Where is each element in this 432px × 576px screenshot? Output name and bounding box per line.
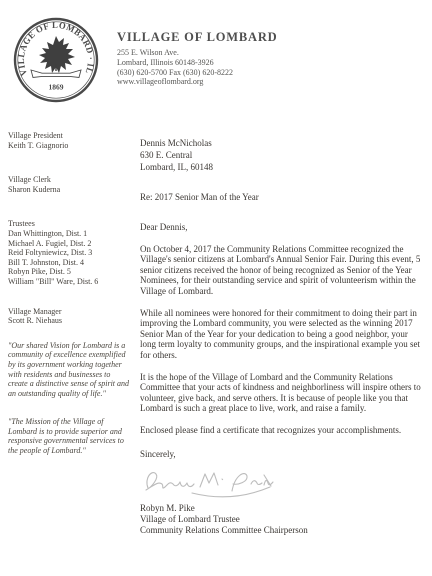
signer-title-1: Village of Lombard Trustee xyxy=(140,514,424,525)
trustee-item: Reid Foltyniewicz, Dist. 3 xyxy=(8,248,132,258)
scanned-letter-page: VILLAGE OF LOMBARD · IL 1869 VILLAGE OF … xyxy=(0,0,432,576)
org-name: VILLAGE OF LOMBARD xyxy=(117,30,277,45)
manager-name: Scott R. Niehaus xyxy=(8,316,132,326)
handwritten-signature-image xyxy=(140,462,300,498)
letterhead: VILLAGE OF LOMBARD · IL 1869 VILLAGE OF … xyxy=(0,0,432,114)
clerk-label: Village Clerk xyxy=(8,175,132,185)
lilac-leaf-icon xyxy=(39,36,75,73)
salutation: Dear Dennis, xyxy=(140,222,424,233)
signer-name: Robyn M. Pike xyxy=(140,503,424,514)
body-paragraph-1: On October 4, 2017 the Community Relatio… xyxy=(140,244,424,297)
sidebar-manager: Village Manager Scott R. Niehaus xyxy=(8,307,132,326)
letter-body: Dennis McNicholas 630 E. Central Lombard… xyxy=(140,114,424,535)
org-address-line2: Lombard, Illinois 60148-3926 xyxy=(117,58,277,68)
org-address-line1: 255 E. Wilson Ave. xyxy=(117,48,277,58)
sidebar-trustees: Trustees Dan Whittington, Dist. 1 Michae… xyxy=(8,219,132,286)
letter-columns: Village President Keith T. Giagnorio Vil… xyxy=(0,114,432,535)
recipient-address-line1: 630 E. Central xyxy=(140,150,424,162)
signer-title-2: Community Relations Committee Chairperso… xyxy=(140,525,424,536)
org-block: VILLAGE OF LOMBARD 255 E. Wilson Ave. Lo… xyxy=(117,30,277,87)
trustee-item: Robyn Pike, Dist. 5 xyxy=(8,267,132,277)
recipient-block: Dennis McNicholas 630 E. Central Lombard… xyxy=(140,138,424,173)
signature-block: Robyn M. Pike Village of Lombard Trustee… xyxy=(140,503,424,535)
org-address-line3: (630) 620-5700 Fax (630) 620-8222 xyxy=(117,68,277,78)
mission-quote: "The Mission of the Village of Lombard i… xyxy=(8,417,132,455)
president-name: Keith T. Giagnorio xyxy=(8,141,132,151)
closing: Sincerely, xyxy=(140,449,424,460)
sidebar-clerk: Village Clerk Sharon Kuderna xyxy=(8,175,132,194)
officials-sidebar: Village President Keith T. Giagnorio Vil… xyxy=(8,114,132,535)
body-paragraph-2: While all nominees were honored for thei… xyxy=(140,308,424,361)
recipient-name: Dennis McNicholas xyxy=(140,138,424,150)
trustee-item: William "Bill" Ware, Dist. 6 xyxy=(8,277,132,287)
trustee-item: Dan Whittington, Dist. 1 xyxy=(8,229,132,239)
village-seal: VILLAGE OF LOMBARD · IL 1869 xyxy=(12,16,100,104)
body-paragraph-3: It is the hope of the Village of Lombard… xyxy=(140,372,424,414)
manager-label: Village Manager xyxy=(8,307,132,317)
recipient-address-line2: Lombard, IL, 60148 xyxy=(140,162,424,174)
clerk-name: Sharon Kuderna xyxy=(8,185,132,195)
president-label: Village President xyxy=(8,131,132,141)
seal-banner-ribbon xyxy=(31,70,81,78)
sidebar-president: Village President Keith T. Giagnorio xyxy=(8,131,132,150)
org-address: 255 E. Wilson Ave. Lombard, Illinois 601… xyxy=(117,48,277,87)
org-website: www.villageoflombard.org xyxy=(117,77,277,87)
subject-line: Re: 2017 Senior Man of the Year xyxy=(140,192,424,203)
vision-quote: "Our shared Vision for Lombard is a comm… xyxy=(8,341,132,399)
trustee-item: Bill T. Johnston, Dist. 4 xyxy=(8,258,132,268)
body-paragraph-4: Enclosed please find a certificate that … xyxy=(140,425,424,436)
seal-year: 1869 xyxy=(49,83,64,92)
trustee-item: Michael A. Fugiel, Dist. 2 xyxy=(8,239,132,249)
trustees-label: Trustees xyxy=(8,219,132,229)
